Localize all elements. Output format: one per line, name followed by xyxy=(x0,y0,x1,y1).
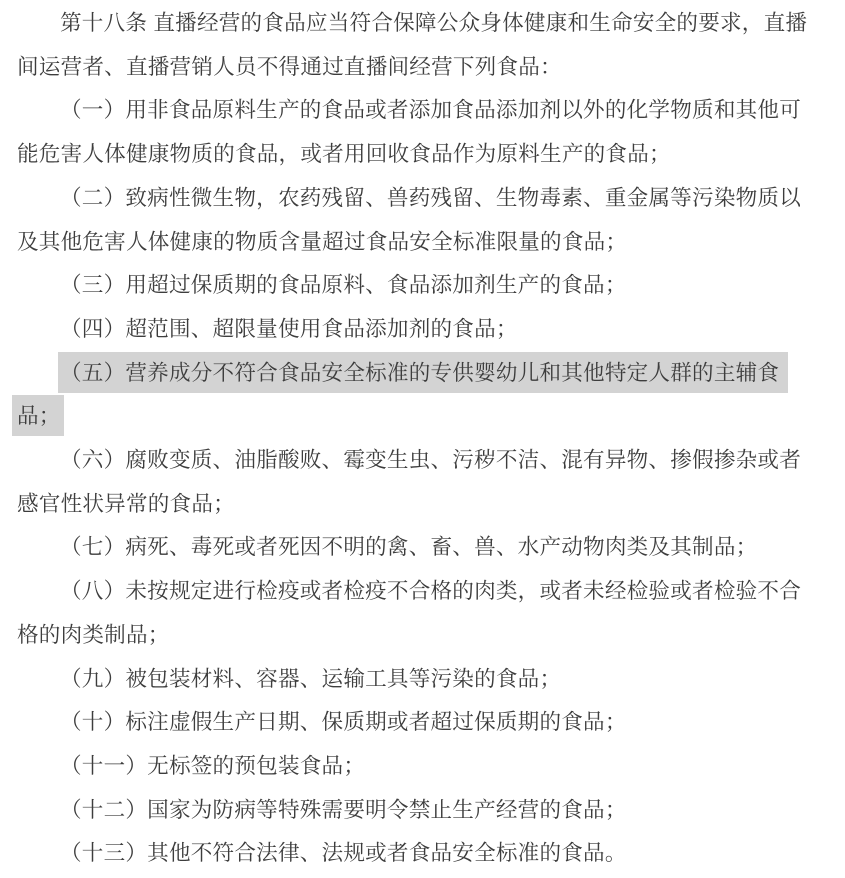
text-line: （二）致病性微生物，农药残留、兽药残留、生物毒素、重金属等污染物质以 xyxy=(17,176,829,220)
list-item-6: （六）腐败变质、油脂酸败、霉变生虫、污秽不洁、混有异物、掺假掺杂或者 感官性状异… xyxy=(17,438,829,525)
text-line: 能危害人体健康物质的食品，或者用回收食品作为原料生产的食品； xyxy=(17,132,829,176)
text-line: （三）用超过保质期的食品原料、食品添加剂生产的食品； xyxy=(17,263,829,307)
text-line: （八）未按规定进行检疫或者检疫不合格的肉类，或者未经检验或者检验不合 xyxy=(17,569,829,613)
list-item-13: （十三）其他不符合法律、法规或者食品安全标准的食品。 xyxy=(17,831,829,875)
list-item-1: （一）用非食品原料生产的食品或者添加食品添加剂以外的化学物质和其他可 能危害人体… xyxy=(17,88,829,175)
text-line: （五）营养成分不符合食品安全标准的专供婴幼儿和其他特定人群的主辅食 xyxy=(17,351,829,395)
text-line: 及其他危害人体健康的物质含量超过食品安全标准限量的食品； xyxy=(17,220,829,264)
text-line: （十一）无标签的预包装食品； xyxy=(17,744,829,788)
highlighted-text: （五）营养成分不符合食品安全标准的专供婴幼儿和其他特定人群的主辅食 xyxy=(58,352,788,393)
document-body: 第十八条 直播经营的食品应当符合保障公众身体健康和生命安全的要求，直播 间运营者… xyxy=(0,0,845,878)
list-item-2: （二）致病性微生物，农药残留、兽药残留、生物毒素、重金属等污染物质以 及其他危害… xyxy=(17,176,829,263)
text-line: （六）腐败变质、油脂酸败、霉变生虫、污秽不洁、混有异物、掺假掺杂或者 xyxy=(17,438,829,482)
text-line: 第十八条 直播经营的食品应当符合保障公众身体健康和生命安全的要求，直播 xyxy=(17,1,829,45)
list-item-8: （八）未按规定进行检疫或者检疫不合格的肉类，或者未经检验或者检验不合 格的肉类制… xyxy=(17,569,829,656)
highlighted-text: 品； xyxy=(12,395,64,436)
text-line: （一）用非食品原料生产的食品或者添加食品添加剂以外的化学物质和其他可 xyxy=(17,88,829,132)
text-line: （四）超范围、超限量使用食品添加剂的食品； xyxy=(17,307,829,351)
list-item-9: （九）被包装材料、容器、运输工具等污染的食品； xyxy=(17,657,829,701)
list-item-3: （三）用超过保质期的食品原料、食品添加剂生产的食品； xyxy=(17,263,829,307)
text-line: （十）标注虚假生产日期、保质期或者超过保质期的食品； xyxy=(17,700,829,744)
text-line: （十三）其他不符合法律、法规或者食品安全标准的食品。 xyxy=(17,831,829,875)
text-line: 感官性状异常的食品； xyxy=(17,482,829,526)
list-item-11: （十一）无标签的预包装食品； xyxy=(17,744,829,788)
text-line: （十二）国家为防病等特殊需要明令禁止生产经营的食品； xyxy=(17,788,829,832)
text-line: （九）被包装材料、容器、运输工具等污染的食品； xyxy=(17,657,829,701)
list-item-12: （十二）国家为防病等特殊需要明令禁止生产经营的食品； xyxy=(17,788,829,832)
text-line: （七）病死、毒死或者死因不明的禽、畜、兽、水产动物肉类及其制品； xyxy=(17,525,829,569)
list-item-4: （四）超范围、超限量使用食品添加剂的食品； xyxy=(17,307,829,351)
text-line: 格的肉类制品； xyxy=(17,613,829,657)
list-item-10: （十）标注虚假生产日期、保质期或者超过保质期的食品； xyxy=(17,700,829,744)
list-item-5-highlighted: （五）营养成分不符合食品安全标准的专供婴幼儿和其他特定人群的主辅食 品； xyxy=(17,351,829,438)
text-line: 间运营者、直播营销人员不得通过直播间经营下列食品： xyxy=(17,45,829,89)
list-item-7: （七）病死、毒死或者死因不明的禽、畜、兽、水产动物肉类及其制品； xyxy=(17,525,829,569)
text-line: 品； xyxy=(17,394,829,438)
article-18-intro-paragraph: 第十八条 直播经营的食品应当符合保障公众身体健康和生命安全的要求，直播 间运营者… xyxy=(17,1,829,88)
